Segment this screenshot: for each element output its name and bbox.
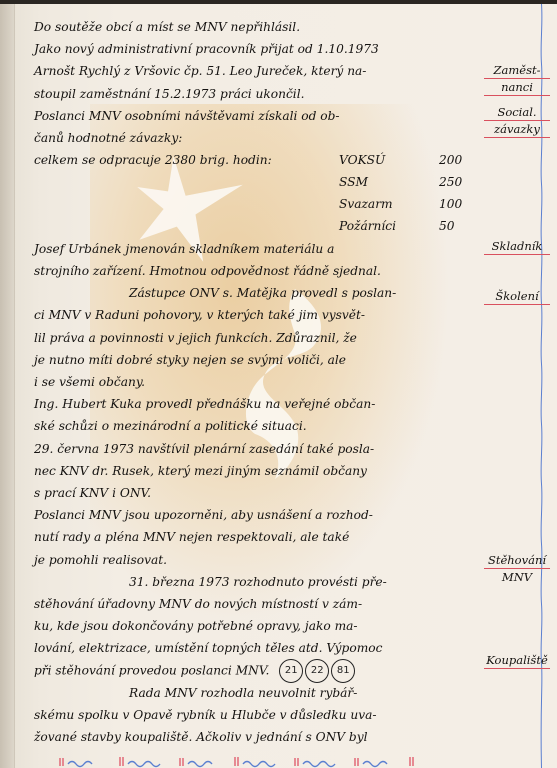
text-line-with-stamps: při stěhování provedou poslanci MNV. 21 …	[34, 659, 479, 681]
decorative-bottom-border	[50, 754, 450, 768]
text-line: při stěhování provedou poslanci MNV.	[34, 664, 269, 678]
text-line: je pomohli realisovat.	[34, 549, 479, 571]
stamp-number: 81	[331, 659, 355, 683]
text-line: strojního zařízení. Hmotnou odpovědnost …	[34, 260, 479, 282]
margin-note-training: Školení	[484, 288, 550, 305]
text-line: nutí rady a pléna MNV nejen respektovali…	[34, 526, 479, 548]
text-line: lování, elektrizace, umístění topných tě…	[34, 637, 479, 659]
text-line: nec KNV dr. Rusek, který mezi jiným sezn…	[34, 460, 479, 482]
text-line: lil práva a povinnosti v jejich funkcích…	[34, 327, 479, 349]
margin-note-swimming-pool: Koupaliště	[484, 652, 550, 669]
tally-value: 250	[439, 171, 462, 193]
margin-note-storekeeper: Skladník	[484, 238, 550, 255]
text-line: 31. března 1973 rozhodnuto provésti pře-	[34, 571, 479, 593]
margin-note-relocation: Stěhování MNV	[484, 552, 550, 585]
text-line: stoupil zaměstnání 15.2.1973 práci ukonč…	[34, 83, 479, 105]
tally-value: 200	[439, 149, 462, 171]
chronicle-page: Do soutěže obcí a míst se MNV nepřihlási…	[0, 4, 557, 768]
text-line: stěhování úřadovny MNV do nových místnos…	[34, 593, 479, 615]
book-gutter	[0, 4, 15, 768]
chronicle-text: Do soutěže obcí a míst se MNV nepřihlási…	[34, 16, 479, 748]
tally-intro: celkem se odpracuje 2380 brig. hodin:	[34, 153, 272, 167]
margin-note-employees: Zaměst- nanci	[484, 62, 550, 96]
text-line: žované stavby koupaliště. Ačkoliv v jedn…	[34, 726, 479, 748]
tally-name: Svazarm	[339, 193, 393, 215]
text-line: ci MNV v Raduni pohovory, v kterých také…	[34, 304, 479, 326]
text-line: Do soutěže obcí a míst se MNV nepřihlási…	[34, 16, 479, 38]
tally-section: celkem se odpracuje 2380 brig. hodin: VO…	[34, 149, 479, 171]
tally-value: 100	[439, 193, 462, 215]
text-line: skému spolku v Opavě rybník u Hlubče v d…	[34, 704, 479, 726]
tally-name: Požárníci	[339, 215, 396, 237]
tally-name: VOKSÚ	[339, 149, 385, 171]
text-line: Poslanci MNV osobními návštěvami získali…	[34, 105, 479, 127]
tally-name: SSM	[339, 171, 368, 193]
text-line: ku, kde jsou dokončovány potřebné opravy…	[34, 615, 479, 637]
text-line: Rada MNV rozhodla neuvolnit rybář-	[34, 682, 479, 704]
text-line: Ing. Hubert Kuka provedl přednášku na ve…	[34, 393, 479, 415]
text-line: Poslanci MNV jsou upozorněni, aby usnáše…	[34, 504, 479, 526]
stamp-number: 22	[305, 659, 329, 683]
text-line: Arnošt Rychlý z Vršovic čp. 51. Leo Jure…	[34, 60, 479, 82]
text-line: je nutno míti dobré styky nejen se svými…	[34, 349, 479, 371]
text-line: Josef Urbánek jmenován skladníkem materi…	[34, 238, 479, 260]
tally-value: 50	[439, 215, 455, 237]
text-line: Zástupce ONV s. Matějka provedl s poslan…	[34, 282, 479, 304]
stamp-number: 21	[279, 659, 303, 683]
text-line: Jako nový administrativní pracovník přij…	[34, 38, 479, 60]
text-line: 29. června 1973 navštívil plenární zased…	[34, 438, 479, 460]
text-line: i se všemi občany.	[34, 371, 479, 393]
text-line: s prací KNV i ONV.	[34, 482, 479, 504]
text-line: čanů hodnotné závazky:	[34, 127, 479, 149]
stamped-numbers: 21 22 81	[279, 659, 355, 683]
margin-note-social-commitments: Social. závazky	[484, 104, 550, 138]
text-line: ské schůzi o mezinárodní a politické sit…	[34, 415, 479, 437]
